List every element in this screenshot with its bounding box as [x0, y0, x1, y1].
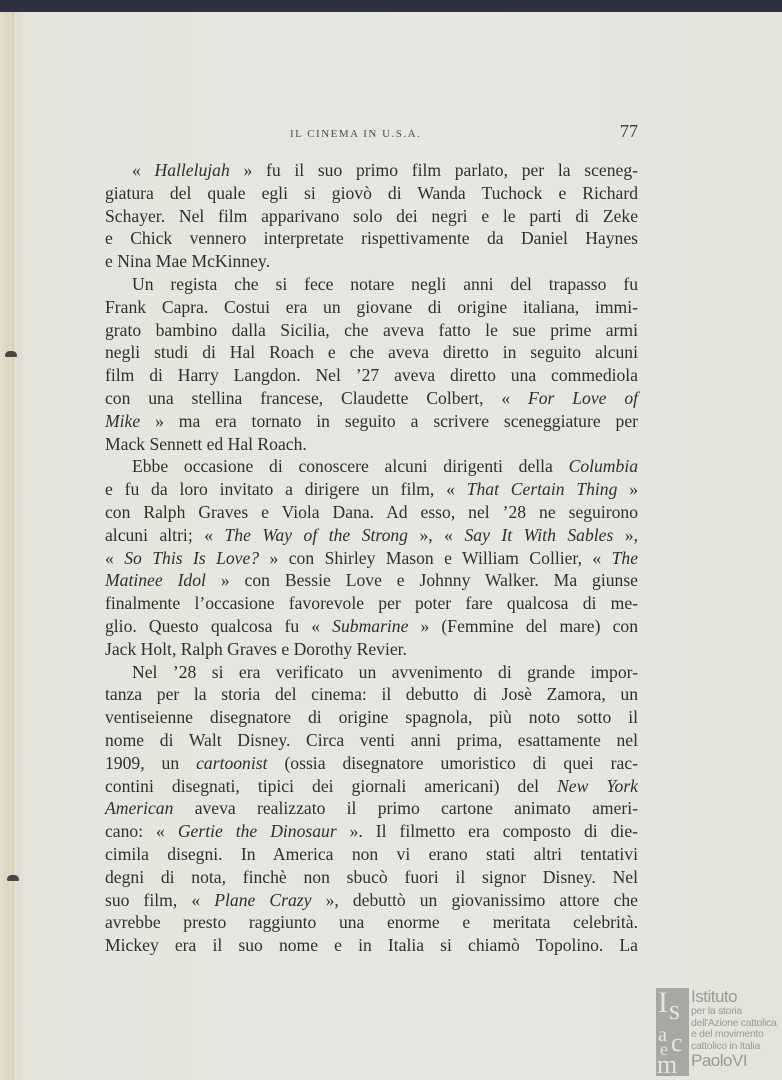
text-run: grato bambino dalla Sicilia, che aveva f…: [105, 320, 638, 340]
text-run: »,: [613, 525, 638, 545]
text-run: e fu da loro invitato a dirigere un film…: [105, 479, 467, 499]
text-line: contini disegnati, tipici dei giornali a…: [105, 775, 638, 798]
text-run: degni di nota, finchè non sbucò fuori il…: [105, 867, 638, 887]
text-line: 1909, un cartoonist (ossia disegnatore u…: [105, 752, 638, 775]
text-run: cano: «: [105, 821, 178, 841]
text-line: negli studi di Hal Roach e che aveva dir…: [105, 341, 638, 364]
body-text: « Hallelujah » fu il suo primo film parl…: [105, 159, 638, 957]
italic-title: American: [105, 798, 173, 818]
spine-shadow: [11, 12, 15, 1080]
text-line: e fu da loro invitato a dirigere un film…: [105, 478, 638, 501]
text-run: «: [105, 548, 124, 568]
text-run: con Ralph Graves e Viola Dana. Ad esso, …: [105, 502, 638, 522]
text-line: con una stellina francese, Claudette Col…: [105, 387, 638, 410]
book-page: IL CINEMA IN U.S.A. 77 « Hallelujah » fu…: [0, 12, 782, 1080]
italic-title: Mike: [105, 411, 140, 431]
logo-letter: s: [669, 1000, 680, 1022]
paragraph: Un regista che si fece notare negli anni…: [105, 273, 638, 455]
text-line: alcuni altri; « The Way of the Strong »,…: [105, 524, 638, 547]
text-run: tanza per la storia del cinema: il debut…: [105, 684, 638, 704]
text-run: » fu il suo primo film parlato, per la s…: [230, 160, 638, 180]
text-line: glio. Questo qualcosa fu « Submarine » (…: [105, 615, 638, 638]
italic-title: Columbia: [569, 456, 638, 476]
text-run: », «: [408, 525, 464, 545]
text-line: Nel ’28 si era verificato un avvenimento…: [105, 661, 638, 684]
italic-title: The: [612, 548, 638, 568]
text-run: e Chick vennero interpretate rispettivam…: [105, 228, 638, 248]
text-run: Jack Holt, Ralph Graves e Dorothy Revier…: [105, 639, 407, 659]
paragraph: Ebbe occasione di conoscere alcuni dirig…: [105, 455, 638, 660]
logo-line: e del movimento: [691, 1029, 777, 1041]
logo-letter: m: [657, 1054, 677, 1076]
text-run: alcuni altri; «: [105, 525, 225, 545]
running-title: IL CINEMA IN U.S.A.: [290, 128, 421, 140]
text-run: » (Femmine del mare) con: [408, 616, 638, 636]
text-line: tanza per la storia del cinema: il debut…: [105, 683, 638, 706]
text-run: negli studi di Hal Roach e che aveva dir…: [105, 342, 638, 362]
text-line: Mack Sennett ed Hal Roach.: [105, 433, 638, 456]
text-run: avrebbe presto raggiunto una enorme e me…: [105, 912, 638, 932]
text-run: con una stellina francese, Claudette Col…: [105, 388, 528, 408]
text-line: giatura del quale egli si giovò di Wanda…: [105, 182, 638, 205]
logo-line: Istituto: [691, 988, 777, 1006]
logo-line: PaoloVI: [691, 1052, 777, 1070]
text-line: suo film, « Plane Crazy », debuttò un gi…: [105, 889, 638, 912]
text-run: ». Il filmetto era composto di die-: [337, 821, 638, 841]
text-line: Ebbe occasione di conoscere alcuni dirig…: [105, 455, 638, 478]
text-run: » ma era tornato in seguito a scrivere s…: [140, 411, 638, 431]
text-run: » con Bessie Love e Johnny Walker. Ma gi…: [206, 570, 638, 590]
text-run: finalmente l’occasione favorevole per po…: [105, 593, 638, 613]
italic-title: Plane Crazy: [214, 890, 311, 910]
italic-title: cartoonist: [196, 753, 267, 773]
italic-title: Gertie the Dinosaur: [178, 821, 337, 841]
text-line: Jack Holt, Ralph Graves e Dorothy Revier…: [105, 638, 638, 661]
logo-monogram: I s a e c m: [656, 988, 689, 1076]
text-line: Un regista che si fece notare negli anni…: [105, 273, 638, 296]
italic-title: So This Is Love?: [124, 548, 259, 568]
paragraph: Nel ’28 si era verificato un avvenimento…: [105, 661, 638, 957]
text-run: Ebbe occasione di conoscere alcuni dirig…: [132, 456, 569, 476]
text-run: cimila disegni. In America non vi erano …: [105, 844, 638, 864]
text-run: », debuttò un giovanissimo attore che: [311, 890, 638, 910]
page-number: 77: [620, 121, 638, 142]
text-run: 1909, un: [105, 753, 196, 773]
text-run: glio. Questo qualcosa fu «: [105, 616, 332, 636]
italic-title: For Love of: [528, 388, 638, 408]
text-line: nome di Walt Disney. Circa venti anni pr…: [105, 729, 638, 752]
text-line: film di Harry Langdon. Nel ’27 aveva dir…: [105, 364, 638, 387]
text-run: e Nina Mae McKinney.: [105, 251, 270, 271]
text-line: e Chick vennero interpretate rispettivam…: [105, 227, 638, 250]
text-line: « Hallelujah » fu il suo primo film parl…: [105, 159, 638, 182]
text-run: Mack Sennett ed Hal Roach.: [105, 434, 307, 454]
text-line: Frank Capra. Costui era un giovane di or…: [105, 296, 638, 319]
text-line: cano: « Gertie the Dinosaur ». Il filmet…: [105, 820, 638, 843]
italic-title: Hallelujah: [155, 160, 230, 180]
text-line: « So This Is Love? » con Shirley Mason e…: [105, 547, 638, 570]
text-run: nome di Walt Disney. Circa venti anni pr…: [105, 730, 638, 750]
text-run: «: [132, 160, 155, 180]
text-run: film di Harry Langdon. Nel ’27 aveva dir…: [105, 365, 638, 385]
text-run: »: [617, 479, 638, 499]
text-run: Schayer. Nel film apparivano solo dei ne…: [105, 206, 638, 226]
binding-thread-mark: [7, 875, 19, 881]
text-line: finalmente l’occasione favorevole per po…: [105, 592, 638, 615]
text-line: avrebbe presto raggiunto una enorme e me…: [105, 911, 638, 934]
text-run: suo film, «: [105, 890, 214, 910]
logo-text: Istituto per la storia dell'Azione catto…: [691, 988, 777, 1070]
text-line: con Ralph Graves e Viola Dana. Ad esso, …: [105, 501, 638, 524]
text-line: e Nina Mae McKinney.: [105, 250, 638, 273]
text-run: » con Shirley Mason e William Collier, «: [259, 548, 612, 568]
text-run: ventiseienne disegnatore di origine spag…: [105, 707, 638, 727]
text-run: contini disegnati, tipici dei giornali a…: [105, 776, 557, 796]
text-run: Un regista che si fece notare negli anni…: [132, 274, 638, 294]
text-line: American aveva realizzato il primo carto…: [105, 797, 638, 820]
italic-title: New York: [557, 776, 638, 796]
text-run: Frank Capra. Costui era un giovane di or…: [105, 297, 638, 317]
text-line: cimila disegni. In America non vi erano …: [105, 843, 638, 866]
binding-thread-mark: [5, 351, 17, 357]
text-run: Mickey era il suo nome e in Italia si ch…: [105, 935, 638, 955]
italic-title: Matinee Idol: [105, 570, 206, 590]
italic-title: Submarine: [332, 616, 408, 636]
text-line: Mickey era il suo nome e in Italia si ch…: [105, 934, 638, 957]
text-line: ventiseienne disegnatore di origine spag…: [105, 706, 638, 729]
text-run: (ossia disegnatore umoristico di quei ra…: [267, 753, 638, 773]
paragraph: « Hallelujah » fu il suo primo film parl…: [105, 159, 638, 273]
text-line: degni di nota, finchè non sbucò fuori il…: [105, 866, 638, 889]
text-run: giatura del quale egli si giovò di Wanda…: [105, 183, 638, 203]
logo-line: per la storia: [691, 1006, 777, 1018]
text-line: grato bambino dalla Sicilia, che aveva f…: [105, 319, 638, 342]
institute-watermark-logo: I s a e c m Istituto per la storia dell'…: [656, 988, 776, 1080]
text-run: aveva realizzato il primo cartone animat…: [173, 798, 638, 818]
text-run: Nel ’28 si era verificato un avvenimento…: [132, 662, 638, 682]
text-line: Schayer. Nel film apparivano solo dei ne…: [105, 205, 638, 228]
logo-letter: I: [658, 988, 668, 1018]
text-line: Mike » ma era tornato in seguito a scriv…: [105, 410, 638, 433]
italic-title: That Certain Thing: [467, 479, 618, 499]
italic-title: Say It With Sables: [464, 525, 613, 545]
text-line: Matinee Idol » con Bessie Love e Johnny …: [105, 569, 638, 592]
italic-title: The Way of the Strong: [225, 525, 408, 545]
